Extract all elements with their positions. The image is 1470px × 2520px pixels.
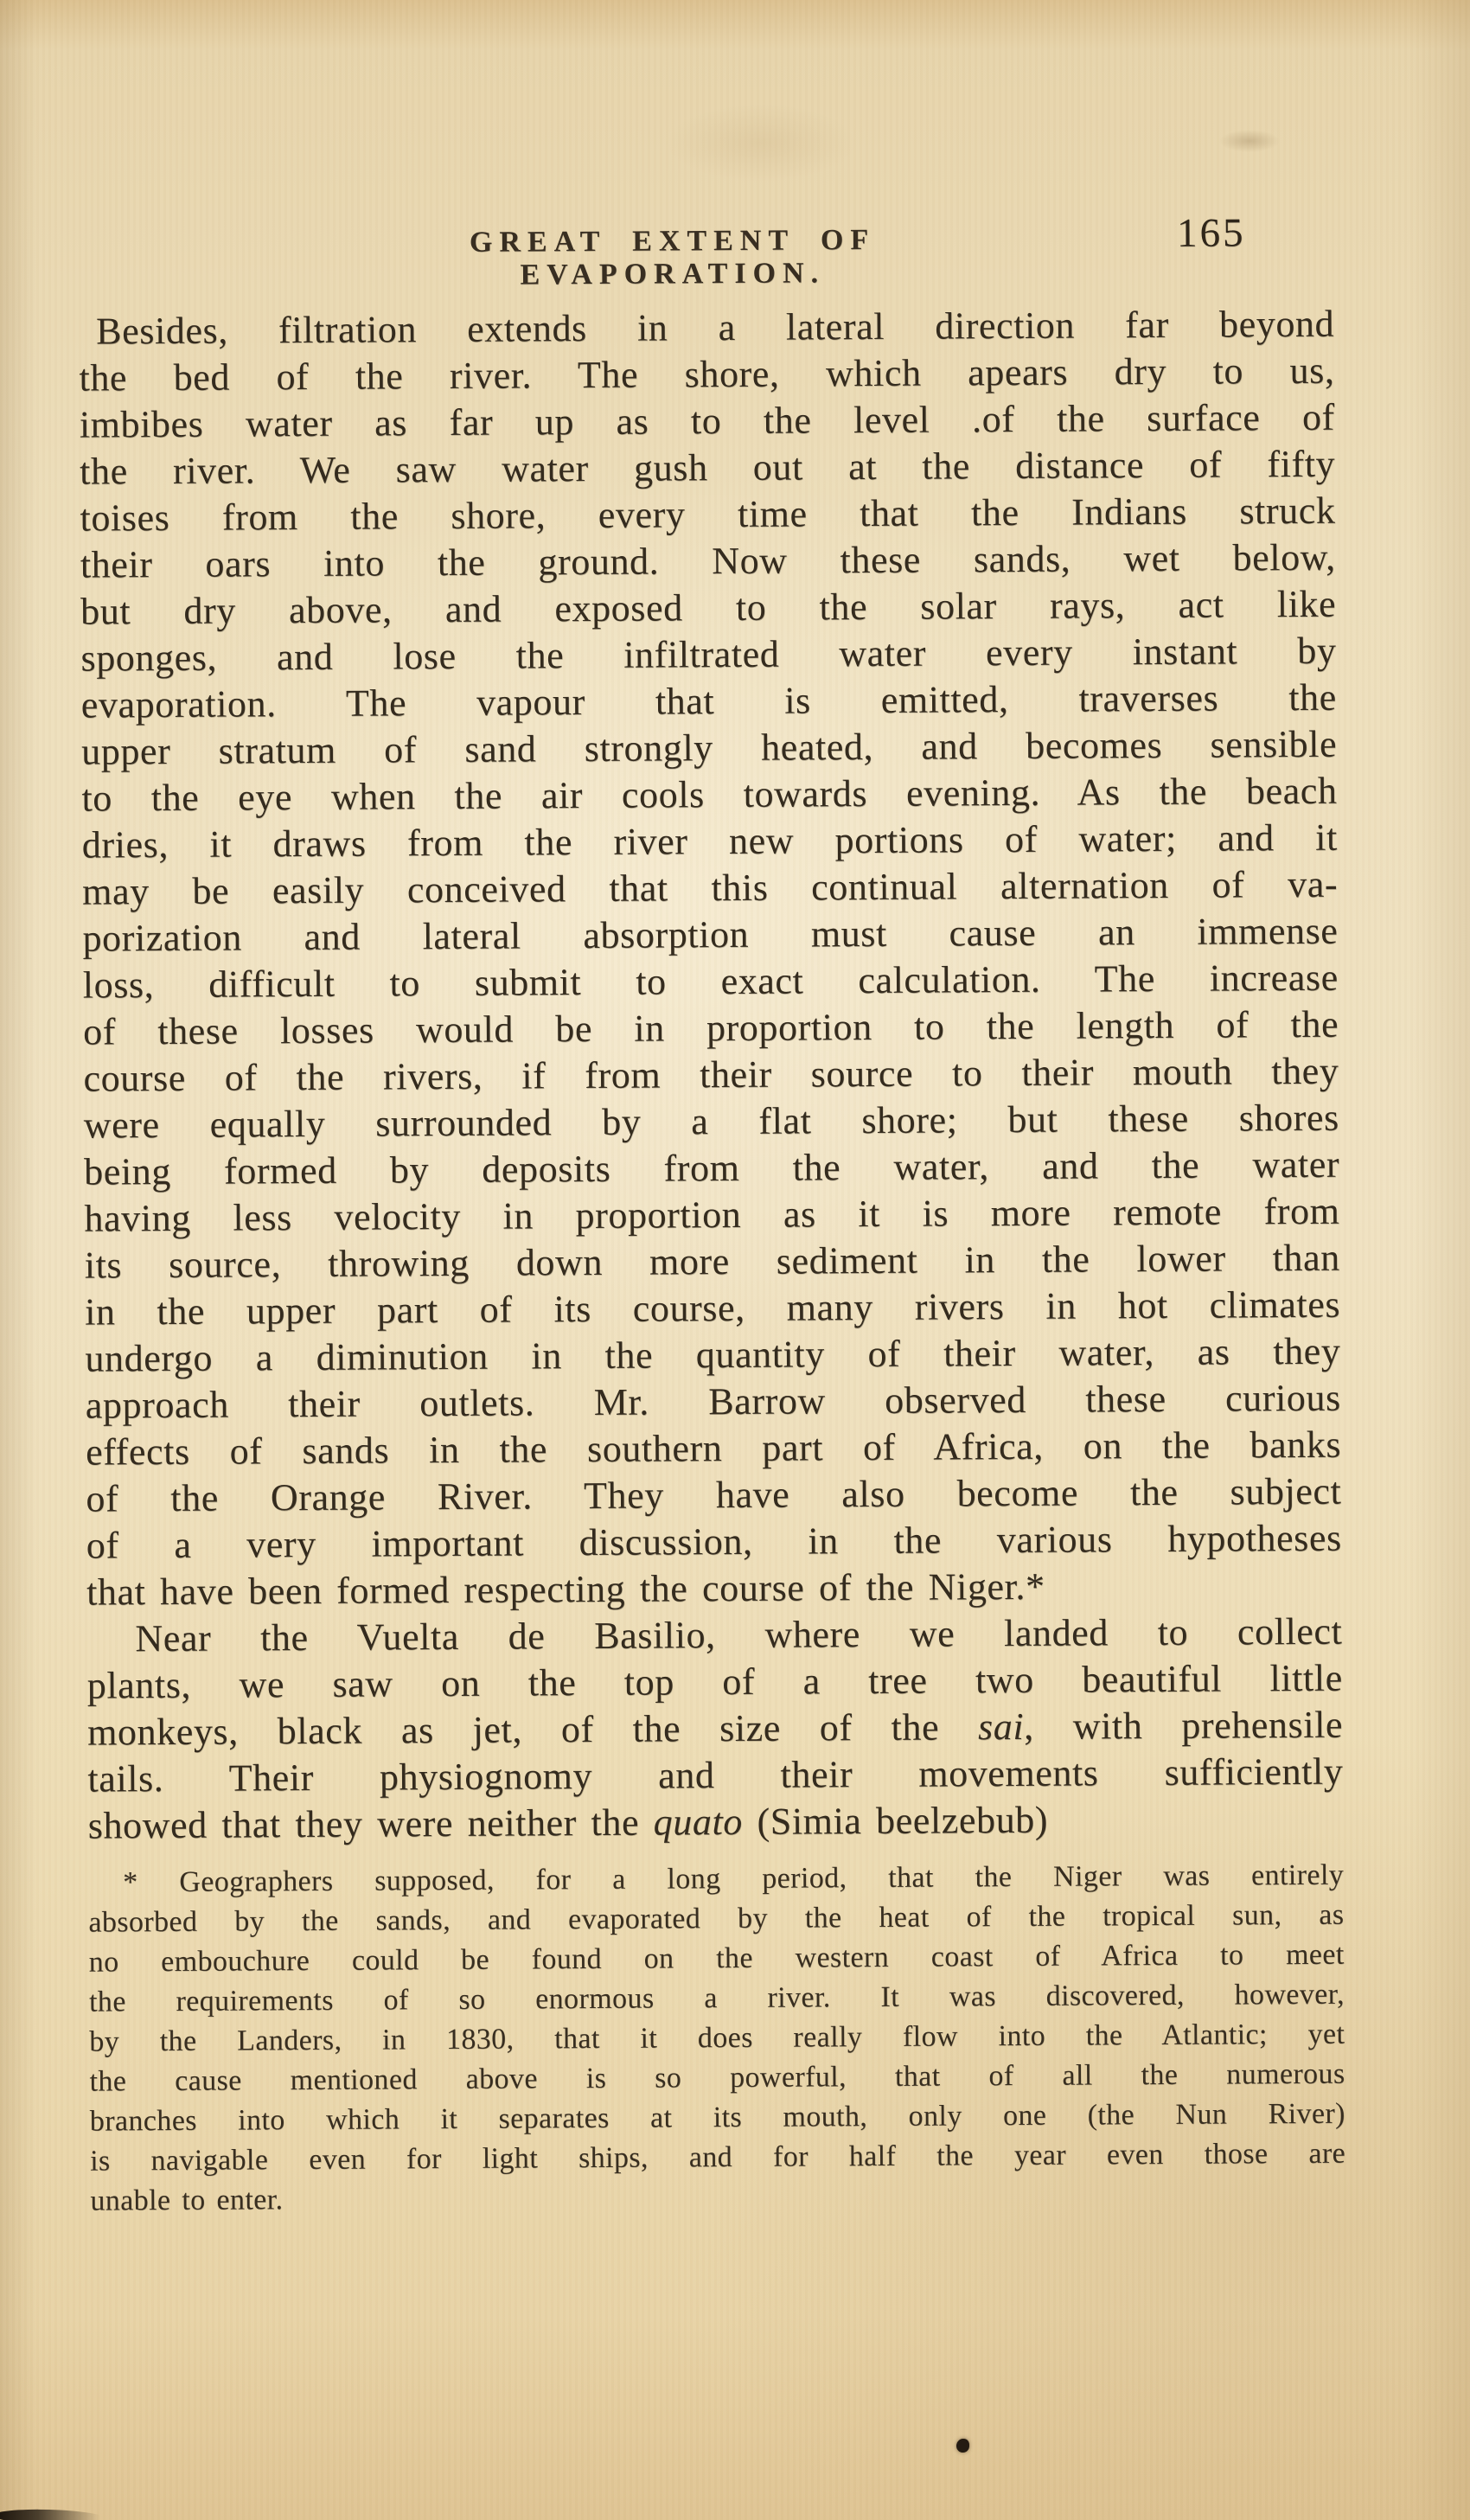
text-block: Besides, filtration extends in a lateral… xyxy=(79,301,1345,2222)
text-line: may be easily conceived that this contin… xyxy=(82,861,1338,916)
running-title: GREAT EXTENT OF EVAPORATION. xyxy=(330,223,1013,293)
text-line: porization and lateral absorption must c… xyxy=(82,908,1338,963)
text-line: approach their outlets. Mr. Barrow obser… xyxy=(86,1375,1341,1429)
text-line: Near the Vuelta de Basilio, where we lan… xyxy=(86,1609,1342,1663)
text-line: plants, we saw on the top of a tree two … xyxy=(87,1655,1343,1710)
paragraph-monkeys: Near the Vuelta de Basilio, where we lan… xyxy=(86,1609,1344,1850)
text-line: imbibes water as far up as to the level … xyxy=(80,394,1335,449)
text-line: that have been formed respecting the cou… xyxy=(86,1562,1342,1616)
text-line: course of the rivers, if from their sour… xyxy=(83,1048,1339,1103)
text-line: sponges, and lose the infiltrated water … xyxy=(80,628,1336,682)
text-line: of these losses would be in proportion t… xyxy=(83,1001,1339,1056)
text-line: upper stratum of sand strongly heated, a… xyxy=(81,721,1337,776)
text-line: monkeys, black as jet, of the size of th… xyxy=(87,1702,1343,1756)
ink-spot-artifact xyxy=(956,2439,969,2453)
page-number: 165 xyxy=(1177,209,1246,256)
text-line: its source, throwing down more sediment … xyxy=(85,1235,1340,1289)
text-line: in the upper part of its course, many ri… xyxy=(85,1282,1340,1336)
text-line: tails. Their physiognomy and their movem… xyxy=(87,1749,1343,1803)
book-page-scan: GREAT EXTENT OF EVAPORATION. 165 Besides… xyxy=(0,0,1470,2520)
text-line: dries, it draws from the river new porti… xyxy=(82,815,1338,869)
text-line: being formed by deposits from the water,… xyxy=(84,1142,1339,1196)
text-line: but dry above, and exposed to the solar … xyxy=(80,581,1336,636)
text-line: the bed of the river. The shore, which a… xyxy=(79,348,1334,402)
text-line: were equally surrounded by a flat shore;… xyxy=(84,1095,1339,1149)
text-line: loss, difficult to submit to exact calcu… xyxy=(83,955,1339,1009)
text-line: showed that they were neither the quato … xyxy=(88,1795,1344,1850)
text-line: effects of sands in the southern part of… xyxy=(86,1422,1341,1476)
text-line: the river. We saw water gush out at the … xyxy=(80,441,1335,496)
text-line: their oars into the ground. Now these sa… xyxy=(80,534,1336,589)
text-line: is navigable even for light ships, and f… xyxy=(90,2134,1345,2182)
text-line: toises from the shore, every time that t… xyxy=(80,488,1335,542)
footnote-niger: * Geographers supposed, for a long perio… xyxy=(88,1856,1346,2222)
text-line: having less velocity in proportion as it… xyxy=(84,1188,1339,1243)
text-line: unable to enter. xyxy=(90,2174,1345,2222)
page-header: GREAT EXTENT OF EVAPORATION. 165 xyxy=(0,208,1466,283)
text-line: Besides, filtration extends in a lateral… xyxy=(79,301,1334,355)
text-line: undergo a diminution in the quantity of … xyxy=(85,1328,1340,1383)
scanned-text-area: GREAT EXTENT OF EVAPORATION. 165 Besides… xyxy=(0,0,1470,2520)
text-line: of the Orange River. They have also beco… xyxy=(86,1468,1341,1523)
paragraph-evaporation: Besides, filtration extends in a lateral… xyxy=(79,301,1342,1616)
text-line: evaporation. The vapour that is emitted,… xyxy=(81,675,1337,729)
text-line: of a very important discussion, in the v… xyxy=(86,1515,1342,1570)
text-line: to the eye when the air cools towards ev… xyxy=(81,768,1337,822)
